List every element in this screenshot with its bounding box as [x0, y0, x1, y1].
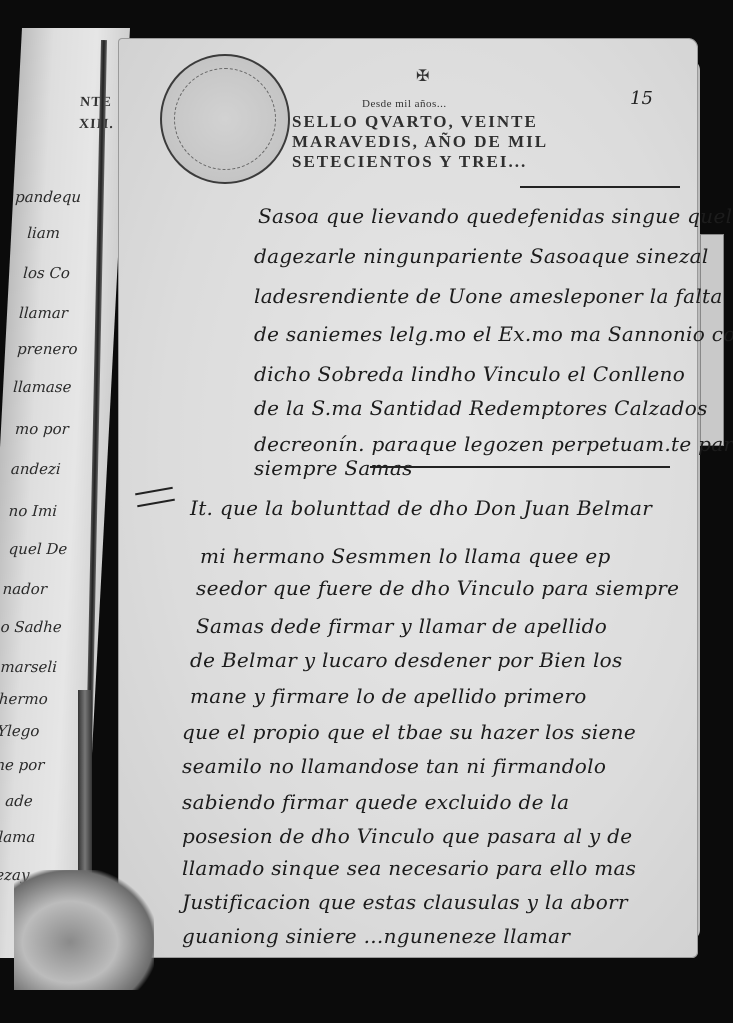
left-fragment: liam [27, 224, 61, 242]
official-seal-stamp [160, 54, 290, 184]
left-fragment: los Co [23, 264, 71, 282]
left-fragment: Vlama [0, 828, 36, 846]
body-line: de Belmar y lucaro desdener por Bien los [190, 648, 623, 672]
body-line: posesion de dho Vinculo que pasara al y … [182, 824, 632, 848]
body-line: mi hermano Sesmmen lo llama quee ep [200, 544, 611, 568]
body-line: seedor que fuere de dho Vinculo para sie… [196, 576, 679, 600]
left-fragment: o Sadhe [0, 618, 62, 636]
body-line: sabiendo firmar quede excluido de la [182, 790, 569, 814]
left-fragment: pandequ [15, 188, 82, 206]
left-fragment: nador [2, 580, 47, 598]
body-line: de saniemes lelg.mo el Ex.mo ma Sannonio… [254, 322, 733, 346]
left-fragment: no Imi [8, 502, 57, 520]
left-page-stamp: NTE XIII. [78, 92, 115, 136]
stamped-paper-header: SELLO QVARTO, VEINTE MARAVEDIS, AÑO DE M… [292, 112, 548, 172]
line-filler-rule [370, 466, 670, 468]
stamp-line-2: MARAVEDIS, AÑO DE MIL [292, 132, 548, 152]
body-line: seamilo no llamandose tan ni firmandolo [182, 754, 606, 778]
body-line: dagezarle ningunpariente Sasoaque sineza… [254, 244, 709, 268]
left-fragment: prenero [17, 340, 78, 358]
body-line: Samas dede firmar y llamar de apellido [196, 614, 607, 638]
body-line: siempre Samas [254, 456, 413, 480]
left-fragment: marseli [0, 658, 57, 676]
body-line: ladesrendiente de Uone amesleponer la fa… [254, 284, 723, 308]
left-fragment: o ade [0, 792, 33, 810]
left-fragment: llamar [19, 304, 69, 322]
body-line: que el propio que el tbae su hazer los s… [182, 720, 636, 744]
binding-thread [78, 690, 92, 890]
body-line: decreonín. paraque legozen perpetuam.te … [254, 432, 733, 456]
left-fragment: hermo [0, 690, 48, 708]
left-fragment: ne por [0, 756, 45, 774]
left-stamp-line-1: NTE [79, 92, 115, 114]
cross-icon: ✠ [416, 66, 429, 85]
left-fragment: andezi [10, 460, 61, 478]
left-fragment: llamase [13, 378, 72, 396]
header-rule [520, 186, 680, 188]
body-line: Justificacion que estas clausulas y la a… [182, 890, 628, 914]
body-line: de la S.ma Santidad Redemptores Calzados [254, 396, 708, 420]
stamp-line-1: SELLO QVARTO, VEINTE [292, 112, 548, 132]
torn-corner [14, 870, 154, 990]
stamp-line-3: SETECIENTOS Y TREI... [292, 152, 548, 172]
body-line: Sasoa que lievando quedefenidas singue q… [258, 204, 732, 228]
body-line: dicho Sobreda lindho Vinculo el Conlleno [254, 362, 685, 386]
stamp-small-line: Desde mil años... [362, 98, 447, 110]
body-line: It. que la bolunttad de dho Don Juan Bel… [190, 496, 652, 520]
body-line: llamado sinque sea necesario para ello m… [182, 856, 636, 880]
page-number: 15 [630, 88, 653, 109]
left-fragment: Ylego [0, 722, 40, 740]
left-fragment: mo por [15, 420, 70, 438]
body-line: guaniong siniere ...nguneneze llamar [182, 924, 570, 948]
body-line: mane y firmare lo de apellido primero [190, 684, 587, 708]
left-stamp-line-2: XIII. [78, 114, 114, 136]
left-fragment: quel De [8, 540, 68, 558]
